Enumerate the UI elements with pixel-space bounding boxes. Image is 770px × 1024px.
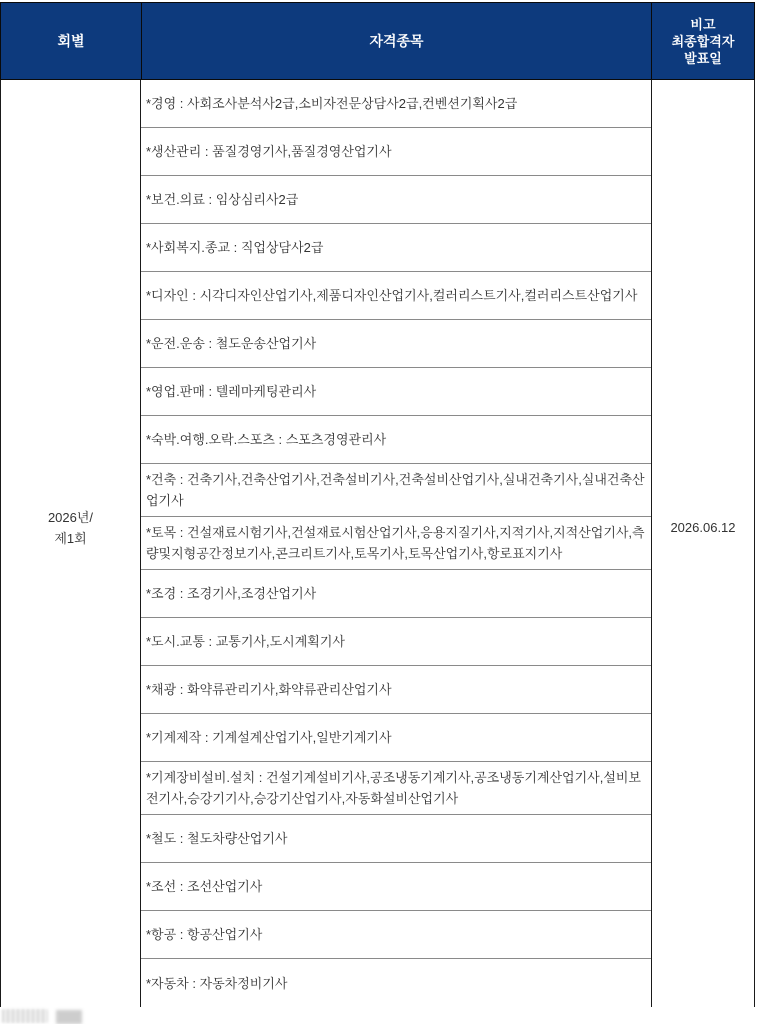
table-body: 2026년/ 제1회 *경영 : 사회조사분석사2급,소비자전문상담사2급,컨벤… bbox=[0, 80, 755, 1007]
category-rows: *경영 : 사회조사분석사2급,소비자전문상담사2급,컨벤션기획사2급*생산관리… bbox=[141, 80, 652, 1007]
announce-date-cell: 2026.06.12 bbox=[652, 80, 755, 1007]
category-row: *항공 : 항공산업기사 bbox=[141, 911, 651, 959]
header-remark-announce-date: 비고 최종합격자 발표일 bbox=[651, 2, 755, 80]
category-row: *조선 : 조선산업기사 bbox=[141, 863, 651, 911]
category-row: *운전.운송 : 철도운송산업기사 bbox=[141, 320, 651, 368]
header-category: 자격종목 bbox=[141, 2, 651, 80]
category-row: *숙박.여행.오락.스포츠 : 스포츠경영관리사 bbox=[141, 416, 651, 464]
table-header-row: 회별 자격종목 비고 최종합격자 발표일 bbox=[0, 2, 755, 80]
header-session: 회별 bbox=[0, 2, 141, 80]
qualification-schedule-table: 회별 자격종목 비고 최종합격자 발표일 2026년/ 제1회 *경영 : 사회… bbox=[0, 2, 755, 1007]
category-row: *보건.의료 : 임상심리사2급 bbox=[141, 176, 651, 224]
category-row: *영업.판매 : 텔레마케팅관리사 bbox=[141, 368, 651, 416]
watermark-square bbox=[56, 1010, 82, 1024]
category-row: *사회복지.종교 : 직업상담사2급 bbox=[141, 224, 651, 272]
page: 회별 자격종목 비고 최종합격자 발표일 2026년/ 제1회 *경영 : 사회… bbox=[0, 0, 770, 1024]
category-row: *채광 : 화약류관리기사,화약류관리산업기사 bbox=[141, 666, 651, 714]
category-row: *생산관리 : 품질경영기사,품질경영산업기사 bbox=[141, 128, 651, 176]
category-row: *기계제작 : 기계설계산업기사,일반기계기사 bbox=[141, 714, 651, 762]
category-row: *건축 : 건축기사,건축산업기사,건축설비기사,건축설비산업기사,실내건축기사… bbox=[141, 464, 651, 517]
watermark-blurred-text bbox=[2, 1009, 48, 1023]
category-row: *토목 : 건설재료시험기사,건설재료시험산업기사,응용지질기사,지적기사,지적… bbox=[141, 517, 651, 570]
category-row: *디자인 : 시각디자인산업기사,제품디자인산업기사,컬러리스트기사,컬러리스트… bbox=[141, 272, 651, 320]
category-row: *철도 : 철도차량산업기사 bbox=[141, 815, 651, 863]
category-row: *기계장비설비.설치 : 건설기계설비기사,공조냉동기계기사,공조냉동기계산업기… bbox=[141, 762, 651, 815]
category-row: *도시.교통 : 교통기사,도시계획기사 bbox=[141, 618, 651, 666]
category-row: *경영 : 사회조사분석사2급,소비자전문상담사2급,컨벤션기획사2급 bbox=[141, 80, 651, 128]
category-row: *자동차 : 자동차정비기사 bbox=[141, 959, 651, 1007]
session-cell: 2026년/ 제1회 bbox=[1, 80, 141, 1007]
category-row: *조경 : 조경기사,조경산업기사 bbox=[141, 570, 651, 618]
